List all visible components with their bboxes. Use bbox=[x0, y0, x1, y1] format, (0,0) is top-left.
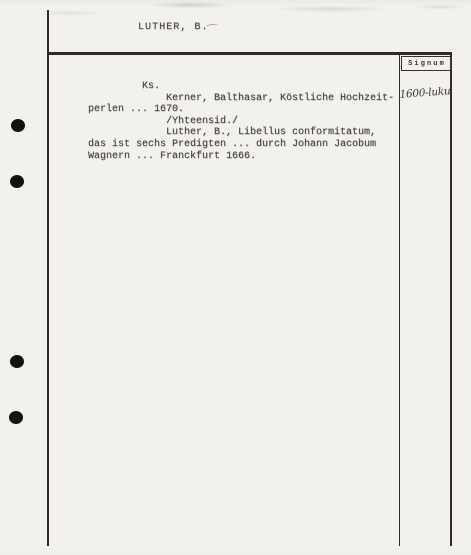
card-heading: LUTHER, B. bbox=[138, 22, 209, 33]
signum-column-rule bbox=[399, 54, 400, 546]
card-top-rule bbox=[47, 52, 452, 55]
card-right-rule bbox=[450, 54, 452, 546]
pencil-mark bbox=[206, 23, 218, 29]
punch-dot bbox=[9, 411, 23, 424]
signum-header-cell: Signum bbox=[401, 56, 451, 71]
signum-label: Signum bbox=[406, 60, 446, 68]
punch-dot bbox=[11, 119, 25, 132]
body-line: /Yhteensid./ bbox=[88, 116, 394, 128]
catalog-card-scan: LUTHER, B. Signum 1600-luku Ks. Kerner, … bbox=[0, 0, 471, 555]
body-line: perlen ... 1670. bbox=[88, 104, 394, 116]
body-line: Ks. bbox=[88, 81, 394, 93]
punch-dot bbox=[10, 175, 24, 188]
card-body-text: Ks. Kerner, Balthasar, Köstliche Hochzei… bbox=[88, 81, 394, 162]
body-line: Wagnern ... Franckfurt 1666. bbox=[88, 151, 394, 163]
signum-handwritten-value: 1600-luku bbox=[399, 85, 452, 101]
body-line: das ist sechs Predigten ... durch Johann… bbox=[88, 139, 394, 151]
body-line: Luther, B., Libellus conformitatum, bbox=[88, 127, 394, 139]
body-line: Kerner, Balthasar, Köstliche Hochzeit- bbox=[88, 93, 394, 105]
card-left-rule bbox=[47, 10, 49, 546]
punch-dot bbox=[10, 355, 24, 368]
